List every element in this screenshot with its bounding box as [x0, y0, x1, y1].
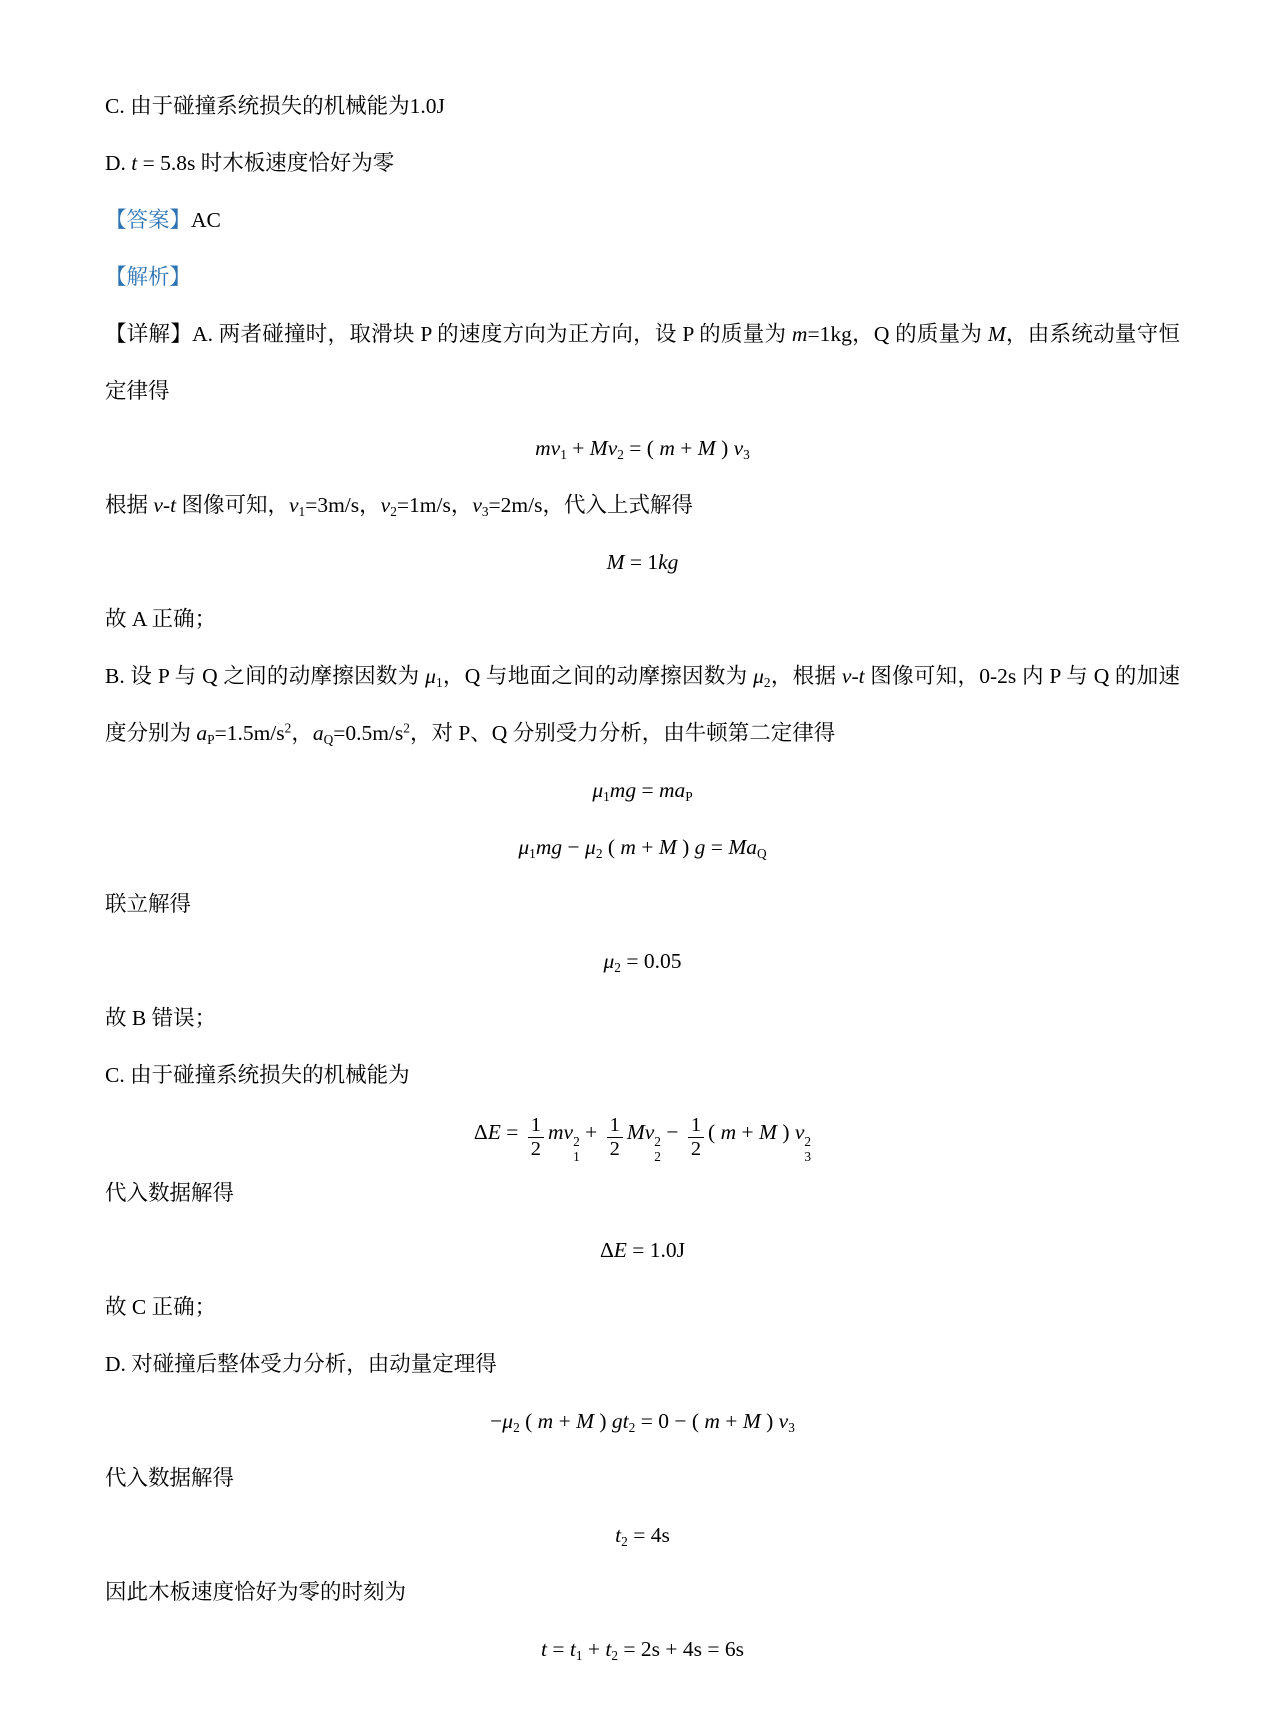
- text-run: =1kg，Q 的质量为: [807, 322, 987, 346]
- solve-jointly: 联立解得: [105, 876, 1180, 933]
- text-run: =1m/s，: [397, 493, 472, 517]
- eq-mass: M = 1kg: [105, 534, 1180, 591]
- text-run: Q: [324, 732, 334, 747]
- text-run: g: [695, 835, 706, 859]
- text-run: mv: [548, 1120, 573, 1144]
- option-c: C. 由于碰撞系统损失的机械能为1.0J: [105, 78, 1180, 135]
- text-run: = 2s + 4s = 6s: [618, 1637, 744, 1661]
- text-run: E: [488, 1120, 501, 1144]
- text-run: M: [698, 436, 716, 460]
- text-run: 联立解得: [105, 892, 191, 916]
- text-run: m: [620, 835, 636, 859]
- text-run: μ: [753, 664, 764, 688]
- text-run: M: [659, 835, 677, 859]
- text-run: D. 对碰撞后整体受力分析，由动量定理得: [105, 1352, 497, 1376]
- conclusion-b: 故 B 错误；: [105, 990, 1180, 1047]
- text-run: mg: [536, 835, 562, 859]
- text-run: 故 B 错误；: [105, 1006, 216, 1030]
- detail-c: C. 由于碰撞系统损失的机械能为: [105, 1047, 1180, 1104]
- conclusion-c: 故 C 正确；: [105, 1279, 1180, 1336]
- eq-energy-value: ΔE = 1.0J: [105, 1222, 1180, 1279]
- text-run: μ: [502, 1409, 513, 1433]
- text-run: 代入数据解得: [105, 1466, 234, 1490]
- text-run: +: [553, 1409, 576, 1433]
- answer-line: 【答案】AC: [105, 192, 1180, 249]
- text-run: 3: [482, 504, 489, 519]
- label-run: 【答案】: [105, 208, 191, 232]
- eq-mu2: μ2 = 0.05: [105, 933, 1180, 990]
- text-run: m: [704, 1409, 720, 1433]
- text-run: ，对 P、Q 分别受力分析，由牛顿第二定律得: [410, 721, 835, 745]
- text-run: P: [685, 789, 692, 804]
- text-run: ma: [659, 778, 685, 802]
- option-d: D. t = 5.8s 时木板速度恰好为零: [105, 135, 1180, 192]
- text-run: μ: [592, 778, 603, 802]
- text-run: v: [153, 493, 163, 517]
- substitute-data-2: 代入数据解得: [105, 1450, 1180, 1507]
- stacked-scripts: 22: [654, 1135, 661, 1164]
- detail-a: 【详解】A. 两者碰撞时，取滑块 P 的速度方向为正方向，设 P 的质量为 m=…: [105, 306, 1180, 420]
- fraction: 12: [607, 1114, 623, 1162]
- text-run: μ: [585, 835, 596, 859]
- text-run: +: [583, 1637, 606, 1661]
- analysis-label: 【解析】: [105, 249, 1180, 306]
- text-run: v: [472, 493, 482, 517]
- text-run: a: [313, 721, 324, 745]
- text-run: −: [562, 835, 585, 859]
- text-run: v: [289, 493, 299, 517]
- eq-total-time: t = t1 + t2 = 2s + 4s = 6s: [105, 1621, 1180, 1678]
- text-run: 1: [560, 447, 567, 462]
- detail-d: D. 对碰撞后整体受力分析，由动量定理得: [105, 1336, 1180, 1393]
- subscript: 2: [654, 1150, 661, 1165]
- text-run: ，根据: [771, 664, 842, 688]
- v-values: 根据 v-t 图像可知，v1=3m/s，v2=1m/s，v3=2m/s，代入上式…: [105, 477, 1180, 534]
- text-run: =0.5m/s: [333, 721, 403, 745]
- fraction: 12: [528, 1114, 544, 1162]
- conclusion-a: 故 A 正确；: [105, 591, 1180, 648]
- text-run: 2: [614, 960, 621, 975]
- text-run: μ: [518, 835, 529, 859]
- text-run: Mv: [590, 436, 617, 460]
- text-run: Δ: [600, 1238, 614, 1262]
- text-run: M: [988, 322, 1006, 346]
- text-run: Q: [757, 846, 767, 861]
- text-run: (: [602, 835, 620, 859]
- text-run: C. 由于碰撞系统损失的机械能为1.0J: [105, 94, 445, 118]
- superscript: 2: [804, 1135, 811, 1150]
- stacked-scripts: 23: [804, 1135, 811, 1164]
- text-run: 因此木板速度恰好为零的时刻为: [105, 1580, 406, 1604]
- text-run: 2: [621, 1534, 628, 1549]
- text-run: 2: [403, 721, 410, 736]
- text-run: ): [777, 1120, 795, 1144]
- text-run: ，: [291, 721, 313, 745]
- text-run: M: [607, 550, 625, 574]
- text-run: 3: [743, 447, 750, 462]
- text-run: ): [594, 1409, 612, 1433]
- document-page: C. 由于碰撞系统损失的机械能为1.0JD. t = 5.8s 时木板速度恰好为…: [0, 0, 1280, 1728]
- text-run: = 1.0J: [627, 1238, 685, 1262]
- text-run: 2: [390, 504, 397, 519]
- text-run: a: [196, 721, 207, 745]
- text-run: Δ: [474, 1120, 488, 1144]
- text-run: 故 A 正确；: [105, 607, 216, 631]
- text-run: +: [580, 1120, 603, 1144]
- text-run: =3m/s，: [305, 493, 380, 517]
- text-run: Ma: [728, 835, 757, 859]
- text-run: =: [705, 835, 728, 859]
- text-run: 图像可知，: [176, 493, 289, 517]
- text-run: −: [661, 1120, 684, 1144]
- text-run: = (: [624, 436, 659, 460]
- superscript: 2: [654, 1135, 661, 1150]
- text-run: = 5.8s 时木板速度恰好为零: [137, 151, 394, 175]
- text-run: +: [720, 1409, 743, 1433]
- text-run: 【详解】A. 两者碰撞时，取滑块 P 的速度方向为正方向，设 P 的质量为: [105, 322, 792, 346]
- text-run: M: [743, 1409, 761, 1433]
- text-run: =: [547, 1637, 570, 1661]
- text-run: m: [792, 322, 808, 346]
- text-run: M: [759, 1120, 777, 1144]
- text-run: +: [636, 835, 659, 859]
- eq-t2: t2 = 4s: [105, 1507, 1180, 1564]
- substitute-data-1: 代入数据解得: [105, 1165, 1180, 1222]
- text-run: ): [716, 436, 734, 460]
- therefore-line: 因此木板速度恰好为零的时刻为: [105, 1564, 1180, 1621]
- text-run: +: [567, 436, 590, 460]
- text-run: v: [381, 493, 391, 517]
- text-run: 1: [603, 789, 610, 804]
- text-run: ): [677, 835, 695, 859]
- text-run: (: [692, 1409, 705, 1433]
- text-run: μ: [604, 949, 615, 973]
- text-run: (: [520, 1409, 538, 1433]
- text-run: kg: [658, 550, 678, 574]
- text-run: mg: [610, 778, 636, 802]
- text-run: =: [636, 778, 659, 802]
- text-run: 2: [764, 675, 771, 690]
- text-run: =2m/s，代入上式解得: [489, 493, 693, 517]
- text-run: 2: [617, 447, 624, 462]
- text-run: v: [795, 1120, 805, 1144]
- text-run: =1.5m/s: [215, 721, 285, 745]
- text-run: Mv: [627, 1120, 654, 1144]
- eq-impulse: −μ2 ( m + M ) gt2 = 0 − ( m + M ) v3: [105, 1393, 1180, 1450]
- text-run: m: [659, 436, 675, 460]
- text-run: 3: [788, 1420, 795, 1435]
- subscript: 1: [573, 1150, 580, 1165]
- text-run: +: [675, 436, 698, 460]
- text-run: = 0.05: [621, 949, 682, 973]
- fraction: 12: [688, 1114, 704, 1162]
- text-run: M: [576, 1409, 594, 1433]
- text-run: 1: [576, 1648, 583, 1663]
- text-run: = 1: [624, 550, 658, 574]
- text-run: gt: [612, 1409, 629, 1433]
- text-run: = 4s: [628, 1523, 670, 1547]
- eq-momentum: mv1 + Mv2 = ( m + M ) v3: [105, 420, 1180, 477]
- text-run: =: [501, 1120, 524, 1144]
- text-run: ): [761, 1409, 779, 1433]
- fraction-numerator: 1: [688, 1114, 704, 1138]
- text-run: mv: [535, 436, 560, 460]
- fraction-denominator: 2: [688, 1138, 704, 1161]
- text-run: 1: [436, 675, 443, 690]
- superscript: 2: [573, 1135, 580, 1150]
- document-body: C. 由于碰撞系统损失的机械能为1.0JD. t = 5.8s 时木板速度恰好为…: [105, 78, 1180, 1678]
- text-run: 1: [529, 846, 536, 861]
- text-run: 故 C 正确；: [105, 1295, 216, 1319]
- text-run: 根据: [105, 493, 153, 517]
- stacked-scripts: 21: [573, 1135, 580, 1164]
- text-run: v: [734, 436, 744, 460]
- text-run: −: [490, 1409, 502, 1433]
- fraction-denominator: 2: [528, 1138, 544, 1161]
- text-run: m: [721, 1120, 737, 1144]
- text-run: 代入数据解得: [105, 1181, 234, 1205]
- fraction-denominator: 2: [607, 1138, 623, 1161]
- text-run: -: [851, 664, 858, 688]
- label-run: 【解析】: [105, 265, 191, 289]
- text-run: AC: [191, 208, 221, 232]
- text-run: P: [207, 732, 214, 747]
- text-run: ，Q 与地面之间的动摩擦因数为: [443, 664, 753, 688]
- eq-newton-p: μ1mg = maP: [105, 762, 1180, 819]
- text-run: E: [614, 1238, 627, 1262]
- eq-energy-loss: ΔE = 12mv21 + 12Mv22 − 12( m + M ) v23: [105, 1104, 1180, 1165]
- subscript: 3: [804, 1150, 811, 1165]
- eq-newton-q: μ1mg − μ2 ( m + M ) g = MaQ: [105, 819, 1180, 876]
- text-run: +: [736, 1120, 759, 1144]
- text-run: 2: [513, 1420, 520, 1435]
- fraction-numerator: 1: [607, 1114, 623, 1138]
- text-run: = 0 −: [635, 1409, 692, 1433]
- text-run: μ: [425, 664, 436, 688]
- text-run: (: [708, 1120, 721, 1144]
- text-run: C. 由于碰撞系统损失的机械能为: [105, 1063, 410, 1087]
- text-run: D.: [105, 151, 131, 175]
- text-run: B. 设 P 与 Q 之间的动摩擦因数为: [105, 664, 425, 688]
- text-run: m: [538, 1409, 554, 1433]
- fraction-numerator: 1: [528, 1114, 544, 1138]
- detail-b: B. 设 P 与 Q 之间的动摩擦因数为 μ1，Q 与地面之间的动摩擦因数为 μ…: [105, 648, 1180, 762]
- text-run: v: [779, 1409, 789, 1433]
